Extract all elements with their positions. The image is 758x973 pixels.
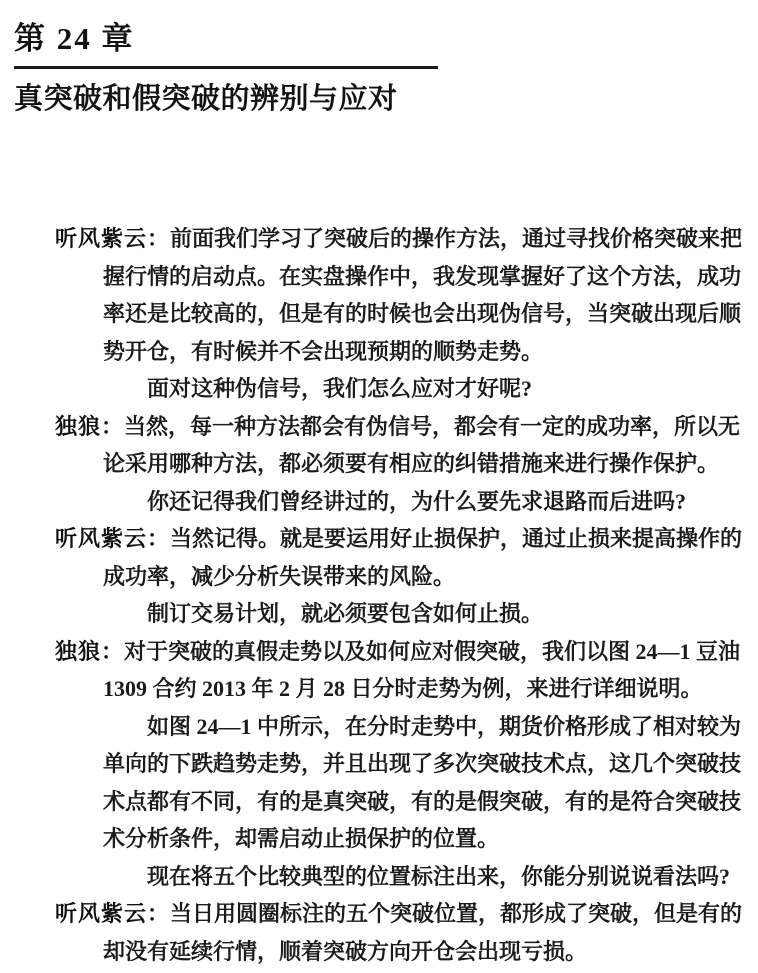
dialogue-line-text: 当然记得。就是要运用好止损保护，通过止损来提高操作的 bbox=[170, 526, 742, 551]
dialogue-line: 制订交易计划，就必须要包含如何止损。 bbox=[0, 595, 758, 633]
chapter-header: 第 24 章 真突破和假突破的辨别与应对 bbox=[0, 0, 758, 117]
dialogue-line: 握行情的启动点。在实盘操作中，我发现掌握好了这个方法，成功 bbox=[0, 258, 758, 296]
dialogue-line: 你还记得我们曾经讲过的，为什么要先求退路而后进吗? bbox=[0, 483, 758, 521]
dialogue-line-text: 对于突破的真假走势以及如何应对假突破，我们以图 24—1 豆油 bbox=[124, 639, 740, 664]
dialogue-line-text: 单向的下跌趋势走势，并且出现了多次突破技术点，这几个突破技 bbox=[103, 751, 741, 776]
speaker-name: 独狼： bbox=[55, 414, 124, 439]
dialogue-line-text: 成功率，减少分析失误带来的风险。 bbox=[103, 564, 455, 589]
dialogue-line-text: 术点都有不同，有的是真突破，有的是假突破，有的是符合突破技 bbox=[103, 789, 741, 814]
dialogue-line: 势开仓，有时候并不会出现预期的顺势走势。 bbox=[0, 333, 758, 371]
dialogue-line-text: 面对这种伪信号，我们怎么应对才好呢? bbox=[147, 376, 532, 401]
dialogue-line: 率还是比较高的，但是有的时候也会出现伪信号，当突破出现后顺 bbox=[0, 295, 758, 333]
dialogue-line: 听风紫云：当日用圆圈标注的五个突破位置，都形成了突破，但是有的 bbox=[0, 895, 758, 933]
dialogue-line-text: 如图 24—1 中所示，在分时走势中，期货价格形成了相对较为 bbox=[147, 714, 741, 739]
dialogue-line: 术分析条件，却需启动止损保护的位置。 bbox=[0, 820, 758, 858]
dialogue-line-text: 前面我们学习了突破后的操作方法，通过寻找价格突破来把 bbox=[170, 226, 742, 251]
book-page: 第 24 章 真突破和假突破的辨别与应对 听风紫云：前面我们学习了突破后的操作方… bbox=[0, 0, 758, 973]
dialogue-line: 听风紫云：当然记得。就是要运用好止损保护，通过止损来提高操作的 bbox=[0, 520, 758, 558]
dialogue-line: 1309 合约 2013 年 2 月 28 日分时走势为例，来进行详细说明。 bbox=[0, 670, 758, 708]
dialogue-line-text: 势开仓，有时候并不会出现预期的顺势走势。 bbox=[103, 339, 543, 364]
dialogue-line: 成功率，减少分析失误带来的风险。 bbox=[0, 558, 758, 596]
dialogue-line-text: 制订交易计划，就必须要包含如何止损。 bbox=[147, 601, 543, 626]
speaker-name: 听风紫云： bbox=[55, 901, 170, 926]
chapter-divider bbox=[14, 66, 438, 69]
dialogue-line-text: 握行情的启动点。在实盘操作中，我发现掌握好了这个方法，成功 bbox=[103, 264, 741, 289]
dialogue-line-text: 1309 合约 2013 年 2 月 28 日分时走势为例，来进行详细说明。 bbox=[103, 676, 703, 701]
dialogue-line: 现在将五个比较典型的位置标注出来，你能分别说说看法吗? bbox=[0, 858, 758, 896]
dialogue-line: 面对这种伪信号，我们怎么应对才好呢? bbox=[0, 370, 758, 408]
dialogue-line-text: 当日用圆圈标注的五个突破位置，都形成了突破，但是有的 bbox=[170, 901, 742, 926]
dialogue-line: 术点都有不同，有的是真突破，有的是假突破，有的是符合突破技 bbox=[0, 783, 758, 821]
dialogue-line: 如图 24—1 中所示，在分时走势中，期货价格形成了相对较为 bbox=[0, 708, 758, 746]
chapter-number: 第 24 章 bbox=[14, 13, 758, 58]
dialogue-line: 单向的下跌趋势走势，并且出现了多次突破技术点，这几个突破技 bbox=[0, 745, 758, 783]
dialogue-line-text: 却没有延续行情，顺着突破方向开仓会出现亏损。 bbox=[103, 939, 587, 964]
dialogue-text: 听风紫云：前面我们学习了突破后的操作方法，通过寻找价格突破来把握行情的启动点。在… bbox=[0, 220, 758, 970]
dialogue-line-text: 当然，每一种方法都会有伪信号，都会有一定的成功率，所以无 bbox=[124, 414, 740, 439]
dialogue-line: 独狼：当然，每一种方法都会有伪信号，都会有一定的成功率，所以无 bbox=[0, 408, 758, 446]
dialogue-line: 论采用哪种方法，都必须要有相应的纠错措施来进行操作保护。 bbox=[0, 445, 758, 483]
speaker-name: 听风紫云： bbox=[55, 226, 170, 251]
dialogue-line-text: 论采用哪种方法，都必须要有相应的纠错措施来进行操作保护。 bbox=[103, 451, 719, 476]
dialogue-line-text: 你还记得我们曾经讲过的，为什么要先求退路而后进吗? bbox=[147, 489, 686, 514]
dialogue-line: 听风紫云：前面我们学习了突破后的操作方法，通过寻找价格突破来把 bbox=[0, 220, 758, 258]
dialogue-line-text: 率还是比较高的，但是有的时候也会出现伪信号，当突破出现后顺 bbox=[103, 301, 741, 326]
page-title: 真突破和假突破的辨别与应对 bbox=[14, 76, 758, 117]
dialogue-line-text: 术分析条件，却需启动止损保护的位置。 bbox=[103, 826, 499, 851]
speaker-name: 听风紫云： bbox=[55, 526, 170, 551]
dialogue-line: 独狼：对于突破的真假走势以及如何应对假突破，我们以图 24—1 豆油 bbox=[0, 633, 758, 671]
speaker-name: 独狼： bbox=[55, 639, 124, 664]
dialogue-line-text: 现在将五个比较典型的位置标注出来，你能分别说说看法吗? bbox=[147, 864, 730, 889]
dialogue-line: 却没有延续行情，顺着突破方向开仓会出现亏损。 bbox=[0, 933, 758, 971]
